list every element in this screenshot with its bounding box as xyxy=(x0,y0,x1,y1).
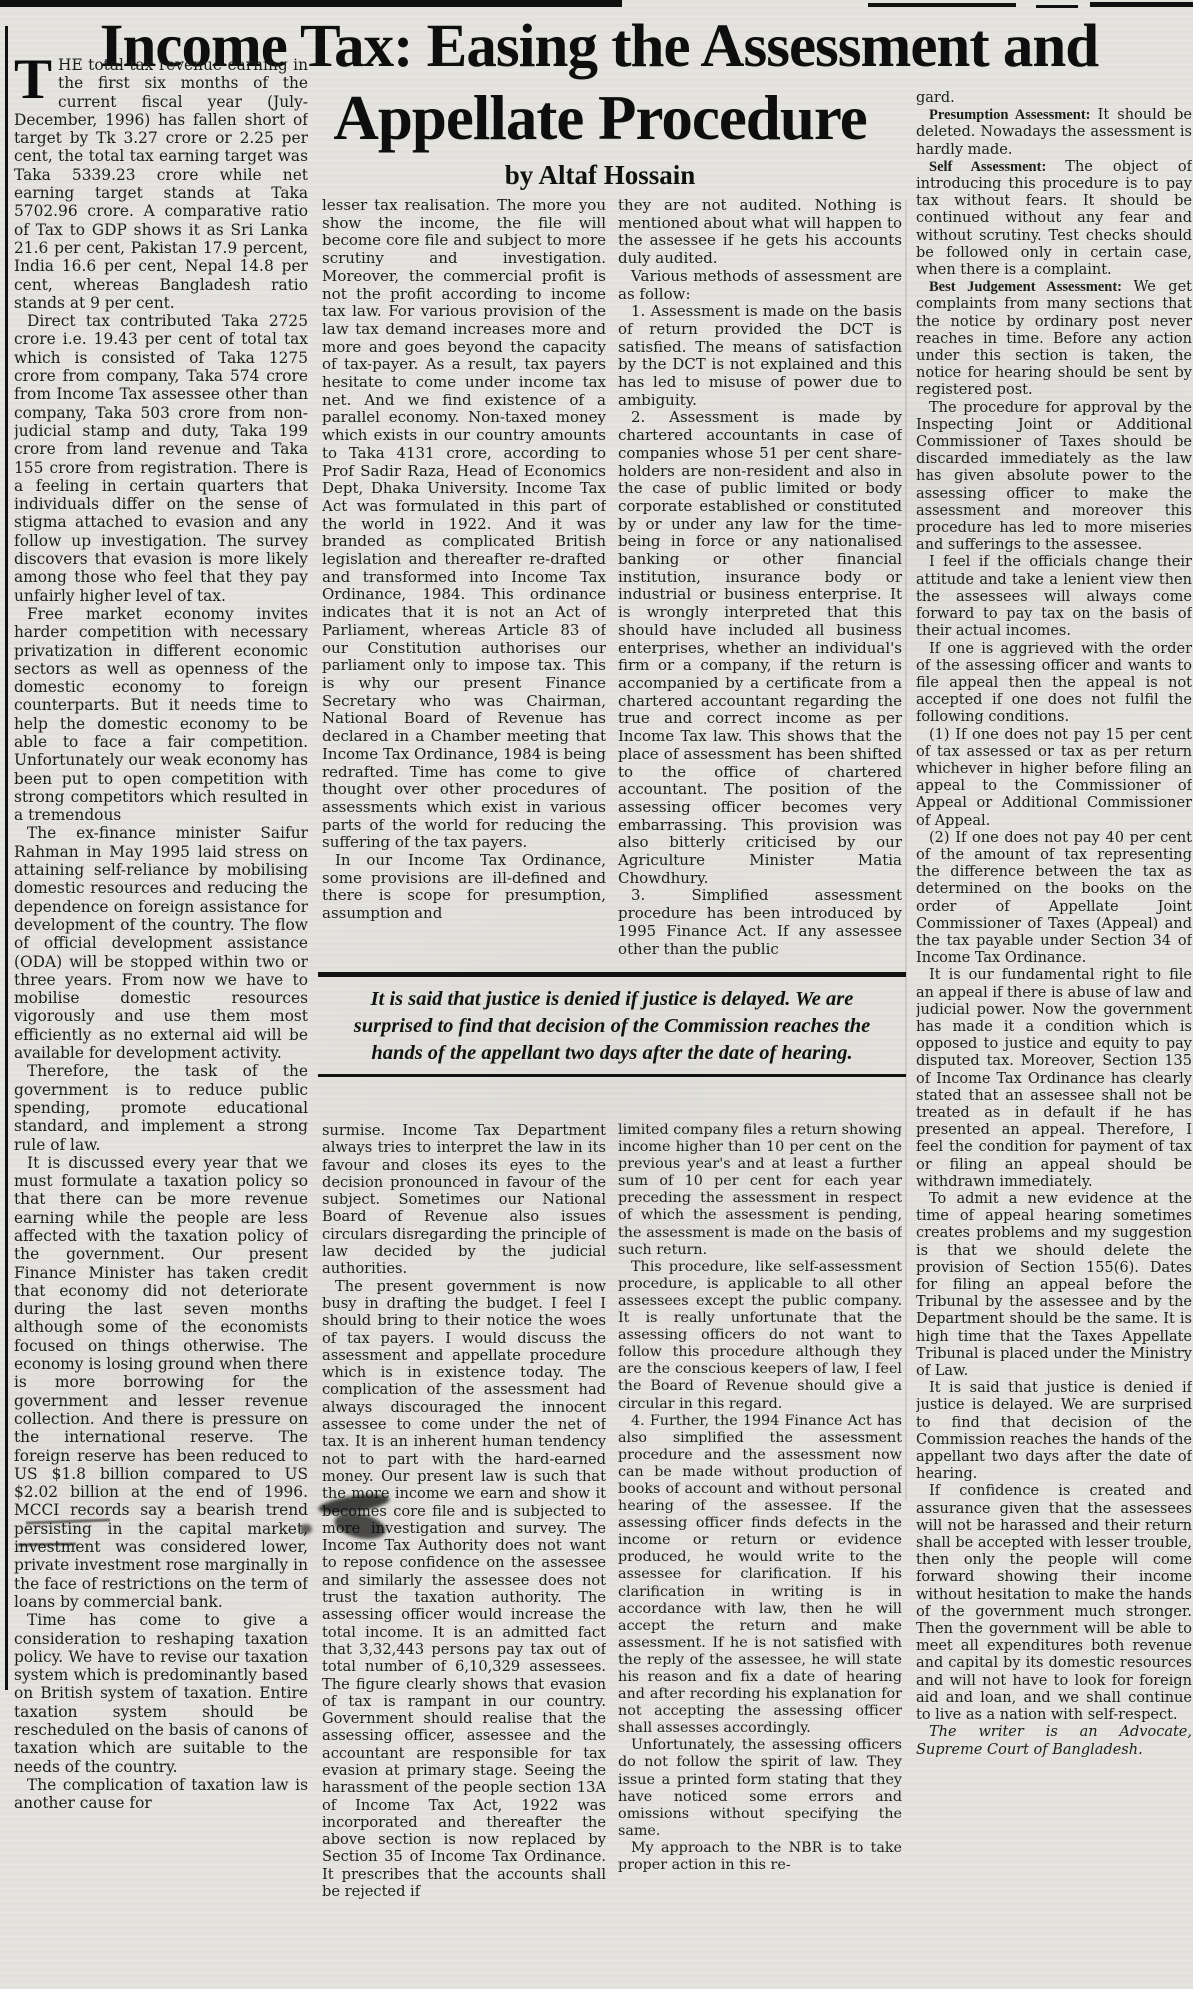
paragraph: My approach to the NBR is to take proper… xyxy=(618,1840,902,1874)
paragraph: The ex-finance minister Saifur Rahman in… xyxy=(14,824,308,1062)
paragraph: If confidence is created and assurance g… xyxy=(916,1483,1192,1724)
paragraph: limited company files a return showing i… xyxy=(618,1122,902,1259)
paragraph: This procedure, like self-assessment pro… xyxy=(618,1259,902,1413)
paragraph: To admit a new evidence at the time of a… xyxy=(916,1191,1192,1380)
scan-scratch xyxy=(905,200,907,1500)
paragraph: Therefore, the task of the government is… xyxy=(14,1062,308,1153)
column-4: gard.Presumption Assessment: It should b… xyxy=(916,90,1192,1986)
paragraph: It is our fundamental right to file an a… xyxy=(916,967,1192,1191)
byline: by Altaf Hossain xyxy=(296,160,904,191)
torn-edge-rule-fragment xyxy=(1036,5,1078,8)
paragraph-lead: Best Judgement Assessment: xyxy=(929,279,1134,295)
paragraph: It is said that justice is denied if jus… xyxy=(916,1380,1192,1483)
paragraph: lesser tax realisation. The more you sho… xyxy=(322,197,606,852)
pull-quote: It is said that justice is denied if jus… xyxy=(318,972,906,1077)
pull-quote-text: It is said that justice is denied if jus… xyxy=(336,986,888,1067)
paragraph: The procedure for approval by the Inspec… xyxy=(916,400,1192,555)
paragraph: gard. xyxy=(916,90,1192,107)
headline-line-2: Appellate Procedure xyxy=(296,82,904,155)
paragraph: The complication of taxation law is anot… xyxy=(14,1776,308,1813)
paragraph: Presumption Assessment: It should be del… xyxy=(916,107,1192,159)
paragraph: 1. Assessment is made on the basis of re… xyxy=(618,303,902,409)
ink-smudge xyxy=(300,1524,312,1534)
column-2-top: lesser tax realisation. The more you sho… xyxy=(322,197,606,969)
paragraph: The writer is an Advocate, Supreme Court… xyxy=(916,1724,1192,1758)
left-margin-rule xyxy=(5,26,8,1690)
paragraph: Unfortunately, the assessing officers do… xyxy=(618,1737,902,1840)
column-3-bottom: limited company files a return showing i… xyxy=(618,1122,902,1986)
paragraph: Free market economy invites harder compe… xyxy=(14,605,308,825)
column-2-bottom: surmise. Income Tax Department always tr… xyxy=(322,1122,606,1986)
paragraph: Best Judgement Assessment: We get compla… xyxy=(916,279,1192,399)
paragraph: If one is aggrieved with the order of th… xyxy=(916,641,1192,727)
paragraph: 3. Simplified assessment procedure has b… xyxy=(618,887,902,958)
paragraph: surmise. Income Tax Department always tr… xyxy=(322,1122,606,1278)
newspaper-page: Income Tax: Easing the Assessment and Ap… xyxy=(0,0,1193,1989)
torn-edge-rule-left xyxy=(0,0,622,7)
paragraph: The present government is now busy in dr… xyxy=(322,1278,606,1901)
paragraph: Direct tax contributed Taka 2725 crore i… xyxy=(14,312,308,605)
paragraph-lead: Presumption Assessment: xyxy=(929,107,1098,123)
column-3-top: they are not audited. Nothing is mention… xyxy=(618,197,902,973)
column-1: THE total tax revenue earning in the fir… xyxy=(14,56,308,1986)
paragraph: Various methods of assessment are as fol… xyxy=(618,268,902,303)
lead-text: HE total tax revenue earning in the firs… xyxy=(14,56,308,312)
drop-cap: T xyxy=(14,56,58,102)
paragraph: Time has come to give a consideration to… xyxy=(14,1611,308,1776)
paragraph: In our Income Tax Ordinance, some provis… xyxy=(322,852,606,923)
paragraph: I feel if the officials change their att… xyxy=(916,554,1192,640)
torn-edge-rule-fragment xyxy=(1090,2,1193,7)
lead-paragraph: THE total tax revenue earning in the fir… xyxy=(14,56,308,312)
paragraph: Self Assessment: The object of introduci… xyxy=(916,159,1192,279)
paragraph: (1) If one does not pay 15 per cent of t… xyxy=(916,727,1192,830)
torn-edge-rule-fragment xyxy=(868,3,1016,7)
paragraph: 4. Further, the 1994 Finance Act has als… xyxy=(618,1413,902,1738)
paragraph: (2) If one does not pay 40 per cent of t… xyxy=(916,830,1192,968)
column-1-paragraphs: Direct tax contributed Taka 2725 crore i… xyxy=(14,312,308,1812)
paragraph: they are not audited. Nothing is mention… xyxy=(618,197,902,268)
paragraph-lead: Self Assessment: xyxy=(929,159,1065,175)
paragraph: 2. Assessment is made by chartered accou… xyxy=(618,409,902,887)
